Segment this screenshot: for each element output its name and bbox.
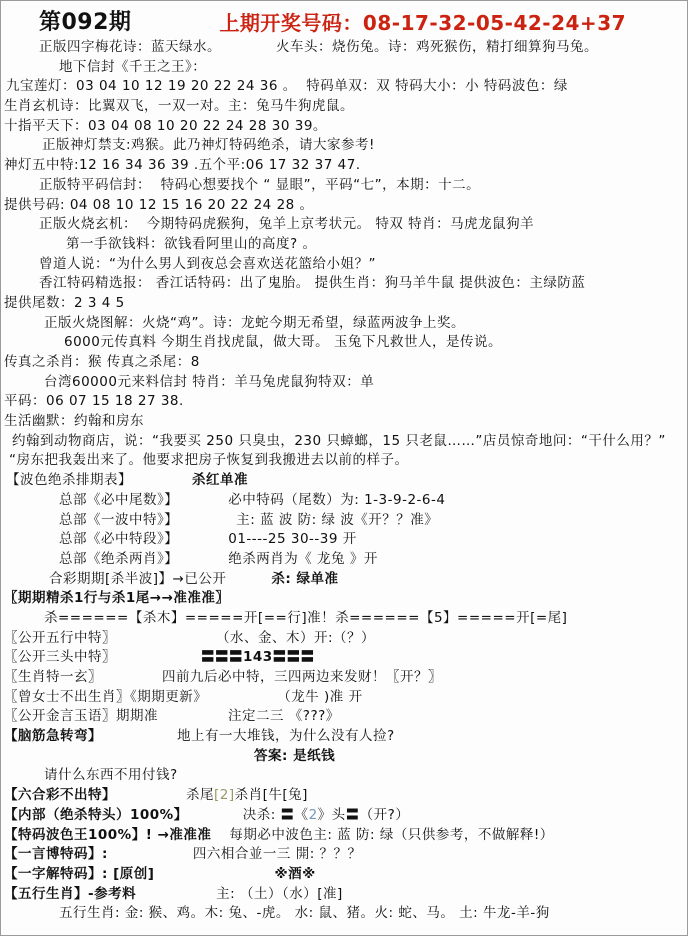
text-segment: [2] xyxy=(214,786,235,806)
text-segment: （水、金、木）开:（？） xyxy=(216,629,375,649)
text-line: 十指平天下：03 04 08 10 20 22 24 28 30 39。 xyxy=(4,117,683,137)
text-segment: 01----25 30--39 开 xyxy=(228,530,357,550)
text-segment: 正版四字梅花诗：蓝天绿水。 xyxy=(39,38,221,58)
previous-draw-numbers: 上期开奖号码：08-17-32-05-42-24+37 xyxy=(219,8,626,38)
text-segment: 地下信封《千王之王》： xyxy=(59,58,206,78)
text-line: 生活幽默：约翰和房东 xyxy=(4,412,683,432)
text-segment: 正版神灯禁支:鸡猴。此乃神灯特码绝杀，请大家参考! xyxy=(42,136,375,156)
text-segment: 〖期期精杀1行与杀1尾→→准准准〗 xyxy=(4,589,229,609)
text-segment: 〖公开五行中特〗 xyxy=(4,629,116,649)
text-line: 正版神灯禁支:鸡猴。此乃神灯特码绝杀，请大家参考! xyxy=(4,136,683,156)
document-body: 第092期上期开奖号码：08-17-32-05-42-24+37正版四字梅花诗：… xyxy=(4,8,683,924)
text-segment: 2 xyxy=(309,806,318,826)
text-segment: 传真之杀肖：猴 传真之杀尾：8 xyxy=(4,353,200,373)
text-segment: 绝杀两肖为《 龙兔 》开 xyxy=(228,550,378,570)
text-line: 【脑筋急转弯】地上有一大堆钱，为什么没有人捡? xyxy=(4,727,683,747)
text-segment: 【一言博特码】: xyxy=(4,845,108,865)
text-segment: 6000元传真料 今期生肖找虎鼠，做大哥。 玉兔下凡救世人，是传说。 xyxy=(64,333,502,353)
text-line: 正版火烧玄机： 今期特码虎猴狗，兔羊上京考状元。 特双 特肖：马虎龙鼠狗羊 xyxy=(4,215,683,235)
text-segment: 必中特码（尾数）为: 1-3-9-2-6-4 xyxy=(228,491,445,511)
text-segment: 第一手欲钱料：欲钱看阿里山的高度? 。 xyxy=(66,235,316,255)
text-segment: 四六相合並一三 開: ？？？ xyxy=(193,845,362,865)
text-line: 香江特码精选报： 香江话特码：出了鬼胎。 提供生肖：狗马羊牛鼠 提供波色：主绿防… xyxy=(4,274,683,294)
text-line: 【六合彩不出特】杀尾[2]杀肖[牛[兔] xyxy=(4,786,683,806)
issue-number: 第092期 xyxy=(39,8,131,38)
text-line: 〖曾女士不出生肖〗《期期更新》（龙牛 )准 开 xyxy=(4,688,683,708)
text-line: 提供尾数：2 3 4 5 xyxy=(4,294,683,314)
text-segment: 五行生肖: 金: 猴、鸡。木: 兔、-虎。 水: 鼠、猪。火: 蛇、马。 土: … xyxy=(59,904,550,924)
text-line: 曾道人说：“为什么男人到夜总会喜欢送花篮给小姐？” xyxy=(4,255,683,275)
text-segment: 杀红单准 xyxy=(192,471,248,491)
text-line: 台湾60000元来料信封 特肖：羊马兔虎鼠狗特双：单 xyxy=(4,373,683,393)
text-segment: 总部《必中特段》】 xyxy=(59,530,178,550)
text-line: 请什么东西不用付钱? xyxy=(4,766,683,786)
text-segment: 主: 蓝 波 防: 绿 波《开？？准》 xyxy=(236,511,438,531)
text-line: 正版四字梅花诗：蓝天绿水。火车头：烧伤兔。诗：鸡死猴伤，精打细算狗马兔。 xyxy=(4,38,683,58)
text-line: 〖公开五行中特〗（水、金、木）开:（？） xyxy=(4,629,683,649)
text-segment: 提供号码: 04 08 10 12 15 16 20 22 24 28 。 xyxy=(4,196,314,216)
text-segment: 答案: 是纸钱 xyxy=(254,747,335,767)
text-segment: 总部《绝杀两肖》】 xyxy=(59,550,178,570)
text-segment: 台湾60000元来料信封 特肖：羊马兔虎鼠狗特双：单 xyxy=(44,373,374,393)
text-line: 神灯五中特:12 16 34 36 39 .五个平:06 17 32 37 47… xyxy=(4,156,683,176)
text-segment: 四前九后必中特，三四两边来发财！〖开？〗 xyxy=(162,668,442,688)
text-segment: 杀: 绿单准 xyxy=(271,570,338,590)
text-segment: 总部《必中尾数》】 xyxy=(59,491,178,511)
text-segment: 杀肖[牛[兔] xyxy=(235,786,308,806)
text-segment: 【脑筋急转弯】 xyxy=(4,727,102,747)
text-segment: 总部《一波中特》】 xyxy=(59,511,178,531)
text-segment: 决杀: 〓《 xyxy=(243,806,309,826)
text-line: 总部《必中特段》】01----25 30--39 开 xyxy=(4,530,683,550)
text-segment: 合彩期期[杀半波]】→已公开 xyxy=(49,570,226,590)
text-segment: 正版火烧图解：火烧“鸡”。诗：龙蛇今期无希望，绿蓝两波争上奖。 xyxy=(44,314,465,334)
lottery-tip-sheet: 第092期上期开奖号码：08-17-32-05-42-24+37正版四字梅花诗：… xyxy=(0,0,688,936)
text-line: 6000元传真料 今期生肖找虎鼠，做大哥。 玉兔下凡救世人，是传说。 xyxy=(4,333,683,353)
text-segment: 神灯五中特:12 16 34 36 39 .五个平:06 17 32 37 47… xyxy=(4,156,361,176)
text-line: 约翰到动物商店，说：“我要买 250 只臭虫，230 只蟑螂，15 只老鼠……”… xyxy=(4,432,683,452)
text-line: 九宝莲灯：03 04 10 12 19 20 22 24 36 。 特码单双：双… xyxy=(4,77,683,97)
text-line: 正版火烧图解：火烧“鸡”。诗：龙蛇今期无希望，绿蓝两波争上奖。 xyxy=(4,314,683,334)
text-segment: 【特码波色王100%】! →准准准 xyxy=(4,826,211,846)
text-line: “房东把我轰出来了。他要求把房子恢复到我搬进去以前的样子。 xyxy=(4,451,683,471)
text-line: 【五行生肖】-参考料主: （土）（水）[准] xyxy=(4,885,683,905)
text-line: 正版特平码信封： 特码心想要找个 “ 显眼”，平码“七”，本期：十二。 xyxy=(4,176,683,196)
text-line: 〖公开金言玉语〗期期准注定二三 《???》 xyxy=(4,707,683,727)
text-segment: 〖公开金言玉语〗期期准 xyxy=(4,707,158,727)
text-segment: 生肖玄机诗：比翼双飞，一双一对。主：兔马牛狗虎鼠。 xyxy=(4,97,354,117)
text-segment: 【内部（绝杀特头）100%】 xyxy=(4,806,188,826)
text-segment: 九宝莲灯：03 04 10 12 19 20 22 24 36 。 特码单双：双… xyxy=(6,77,568,97)
text-segment: 【一字解特码】: [原创] xyxy=(4,865,154,885)
text-segment: 火车头：烧伤兔。诗：鸡死猴伤，精打细算狗马兔。 xyxy=(276,38,598,58)
text-line: 地下信封《千王之王》： xyxy=(4,58,683,78)
text-segment: “房东把我轰出来了。他要求把房子恢复到我搬进去以前的样子。 xyxy=(9,451,409,471)
text-segment: 〖公开三头中特〗 xyxy=(4,648,116,668)
text-segment: 正版火烧玄机： 今期特码虎猴狗，兔羊上京考状元。 特双 特肖：马虎龙鼠狗羊 xyxy=(39,215,534,235)
text-segment: 【六合彩不出特】 xyxy=(4,786,116,806)
text-segment: 请什么东西不用付钱? xyxy=(44,766,178,786)
text-line: 【一字解特码】: [原创]※酒※ xyxy=(4,865,683,885)
text-segment: 杀======【杀木】=====开[==行]准！杀======【5】=====开… xyxy=(44,609,567,629)
text-line: 【一言博特码】:四六相合並一三 開: ？？？ xyxy=(4,845,683,865)
text-segment: 平码：06 07 15 18 27 38. xyxy=(4,392,184,412)
text-segment: 主: （土）（水）[准] xyxy=(216,885,343,905)
text-line: 合彩期期[杀半波]】→已公开杀: 绿单准 xyxy=(4,570,683,590)
text-segment: 【五行生肖】-参考料 xyxy=(4,885,136,905)
text-segment: （龙牛 )准 开 xyxy=(277,688,362,708)
text-line: 【波色绝杀排期表】杀红单准 xyxy=(4,471,683,491)
text-segment: 》头〓（开?） xyxy=(318,806,410,826)
text-line: 生肖玄机诗：比翼双飞，一双一对。主：兔马牛狗虎鼠。 xyxy=(4,97,683,117)
text-segment: 地上有一大堆钱，为什么没有人捡? xyxy=(177,727,395,747)
text-segment: 约翰到动物商店，说：“我要买 250 只臭虫，230 只蟑螂，15 只老鼠……”… xyxy=(12,432,666,452)
text-segment: 提供尾数：2 3 4 5 xyxy=(4,294,125,314)
text-line: 〖公开三头中特〗〓〓〓143〓〓〓 xyxy=(4,648,683,668)
text-segment: 注定二三 《???》 xyxy=(228,707,340,727)
text-segment: 十指平天下：03 04 08 10 20 22 24 28 30 39。 xyxy=(4,117,327,137)
text-line: 总部《一波中特》】主: 蓝 波 防: 绿 波《开？？准》 xyxy=(4,511,683,531)
text-segment: 香江特码精选报： 香江话特码：出了鬼胎。 提供生肖：狗马羊牛鼠 提供波色：主绿防… xyxy=(39,274,585,294)
text-segment: 〓〓〓143〓〓〓 xyxy=(201,648,315,668)
text-line: 总部《绝杀两肖》】绝杀两肖为《 龙兔 》开 xyxy=(4,550,683,570)
text-line: 总部《必中尾数》】必中特码（尾数）为: 1-3-9-2-6-4 xyxy=(4,491,683,511)
text-segment: 〖生肖特一玄〗 xyxy=(4,668,102,688)
text-line: 〖期期精杀1行与杀1尾→→准准准〗 xyxy=(4,589,683,609)
text-line: 【特码波色王100%】! →准准准每期必中波色主: 蓝 防: 绿（只供参考，不做… xyxy=(4,826,683,846)
text-line: 杀======【杀木】=====开[==行]准！杀======【5】=====开… xyxy=(4,609,683,629)
text-line: 平码：06 07 15 18 27 38. xyxy=(4,392,683,412)
text-segment: 曾道人说：“为什么男人到夜总会喜欢送花篮给小姐？” xyxy=(39,255,376,275)
text-segment: ※酒※ xyxy=(274,865,315,885)
text-segment: 正版特平码信封： 特码心想要找个 “ 显眼”，平码“七”，本期：十二。 xyxy=(39,176,480,196)
text-segment: 生活幽默：约翰和房东 xyxy=(4,412,144,432)
text-segment: 每期必中波色主: 蓝 防: 绿（只供参考，不做解释!） xyxy=(229,826,553,846)
text-line: 第092期上期开奖号码：08-17-32-05-42-24+37 xyxy=(4,8,683,38)
text-line: 【内部（绝杀特头）100%】决杀: 〓《2》头〓（开?） xyxy=(4,806,683,826)
text-segment: 【波色绝杀排期表】 xyxy=(6,471,132,491)
text-line: 五行生肖: 金: 猴、鸡。木: 兔、-虎。 水: 鼠、猪。火: 蛇、马。 土: … xyxy=(4,904,683,924)
text-line: 答案: 是纸钱 xyxy=(4,747,683,767)
text-line: 第一手欲钱料：欲钱看阿里山的高度? 。 xyxy=(4,235,683,255)
text-segment: 杀尾 xyxy=(186,786,214,806)
text-line: 传真之杀肖：猴 传真之杀尾：8 xyxy=(4,353,683,373)
text-segment: 〖曾女士不出生肖〗《期期更新》 xyxy=(4,688,207,708)
text-line: 提供号码: 04 08 10 12 15 16 20 22 24 28 。 xyxy=(4,196,683,216)
text-line: 〖生肖特一玄〗四前九后必中特，三四两边来发财！〖开？〗 xyxy=(4,668,683,688)
